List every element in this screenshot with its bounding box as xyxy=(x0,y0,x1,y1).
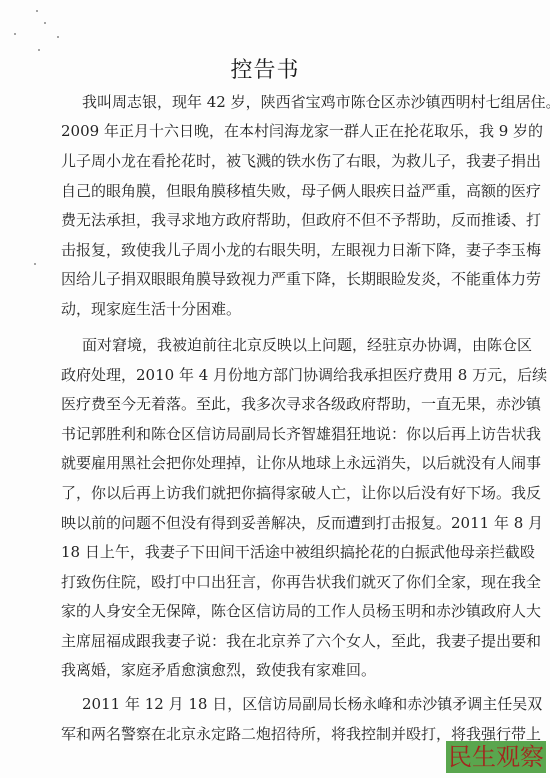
text-line: 政府处理，2010 年 4 月份地方部门协调给我承担医疗费用 8 万元，后续 xyxy=(61,365,473,385)
text-line: 了，你以后再上访我们就把你搞得家破人亡，让你以后没有好下场。我反 xyxy=(61,483,473,503)
scan-speck xyxy=(36,10,38,12)
scan-speck xyxy=(34,263,36,265)
text-line: 映以前的问题不但没有得到妥善解决，反而遭到打击报复。2011 年 8 月 xyxy=(61,513,473,533)
scan-speck xyxy=(44,22,46,24)
scan-speck xyxy=(14,33,16,35)
text-line: 我离婚，家庭矛盾愈演愈烈，致使我有家难回。 xyxy=(61,660,473,680)
text-line: 2009 年正月十六日晚，在本村闫海龙家一群人正在抡花取乐，我 9 岁的 xyxy=(61,121,473,141)
text-line: 因给儿子捐双眼眼角膜导致视力严重下降，长期眼睑发炎，不能重体力劳 xyxy=(61,269,473,289)
text-line: 医疗费至今无着落。至此，我多次寻求各级政府帮助，一直无果，赤沙镇 xyxy=(61,394,473,414)
text-line: 费无法承担，我寻求地方政府帮助，但政府不但不予帮助，反而推诿、打 xyxy=(61,210,473,230)
text-line: 主席屈福成跟我妻子说：我在北京养了六个女人，至此，我妻子提出要和 xyxy=(61,631,473,651)
text-line: 18 日上午，我妻子下田间干活途中被组织搞抡花的白振武他母亲拦截殴 xyxy=(61,542,473,562)
scanned-document-page: 控告书 我叫周志银，现年 42 岁，陕西省宝鸡市陈仓区赤沙镇西明村七组居住。 2… xyxy=(0,0,550,778)
text-line: 动，现家庭生活十分困难。 xyxy=(61,299,473,319)
text-line: 击报复，致使我儿子周小龙的右眼失明，左眼视力日渐下降，妻子李玉梅 xyxy=(61,240,473,260)
text-line: 2011 年 12 月 18 日，区信访局副局长杨永峰和赤沙镇矛调主任吴双 xyxy=(82,694,473,714)
scan-speck xyxy=(57,36,59,38)
text-line: 家的人身安全无保障，陈仓区信访局的工作人员杨玉明和赤沙镇政府人大 xyxy=(61,601,473,621)
text-line: 军和两名警察在北京永定路二炮招待所，将我控制并殴打，将我强行带上 xyxy=(61,724,473,744)
text-line: 就要雇用黑社会把你处理掉，让你从地球上永远消失，以后就没有人闹事 xyxy=(61,453,473,473)
text-line: 书记郭胜利和陈仓区信访局副局长齐智雄猖狂地说：你以后再上访告状我 xyxy=(61,424,473,444)
watermark-badge: 民生观察 xyxy=(446,741,546,773)
text-line: 我叫周志银，现年 42 岁，陕西省宝鸡市陈仓区赤沙镇西明村七组居住。 xyxy=(82,92,473,112)
text-line: 儿子周小龙在看抡花时，被飞溅的铁水伤了右眼，为救儿子，我妻子捐出 xyxy=(61,151,473,171)
document-title: 控告书 xyxy=(0,53,530,84)
scan-speck xyxy=(38,49,40,51)
text-line: 自己的眼角膜，但眼角膜移植失败，母子俩人眼疾日益严重，高额的医疗 xyxy=(61,181,473,201)
text-line: 打致伤住院，殴打中口出狂言，你再告状我们就灭了你们全家，现在我全 xyxy=(61,572,473,592)
text-line: 面对窘境，我被迫前往北京反映以上问题，经驻京办协调，由陈仓区 xyxy=(82,335,473,355)
